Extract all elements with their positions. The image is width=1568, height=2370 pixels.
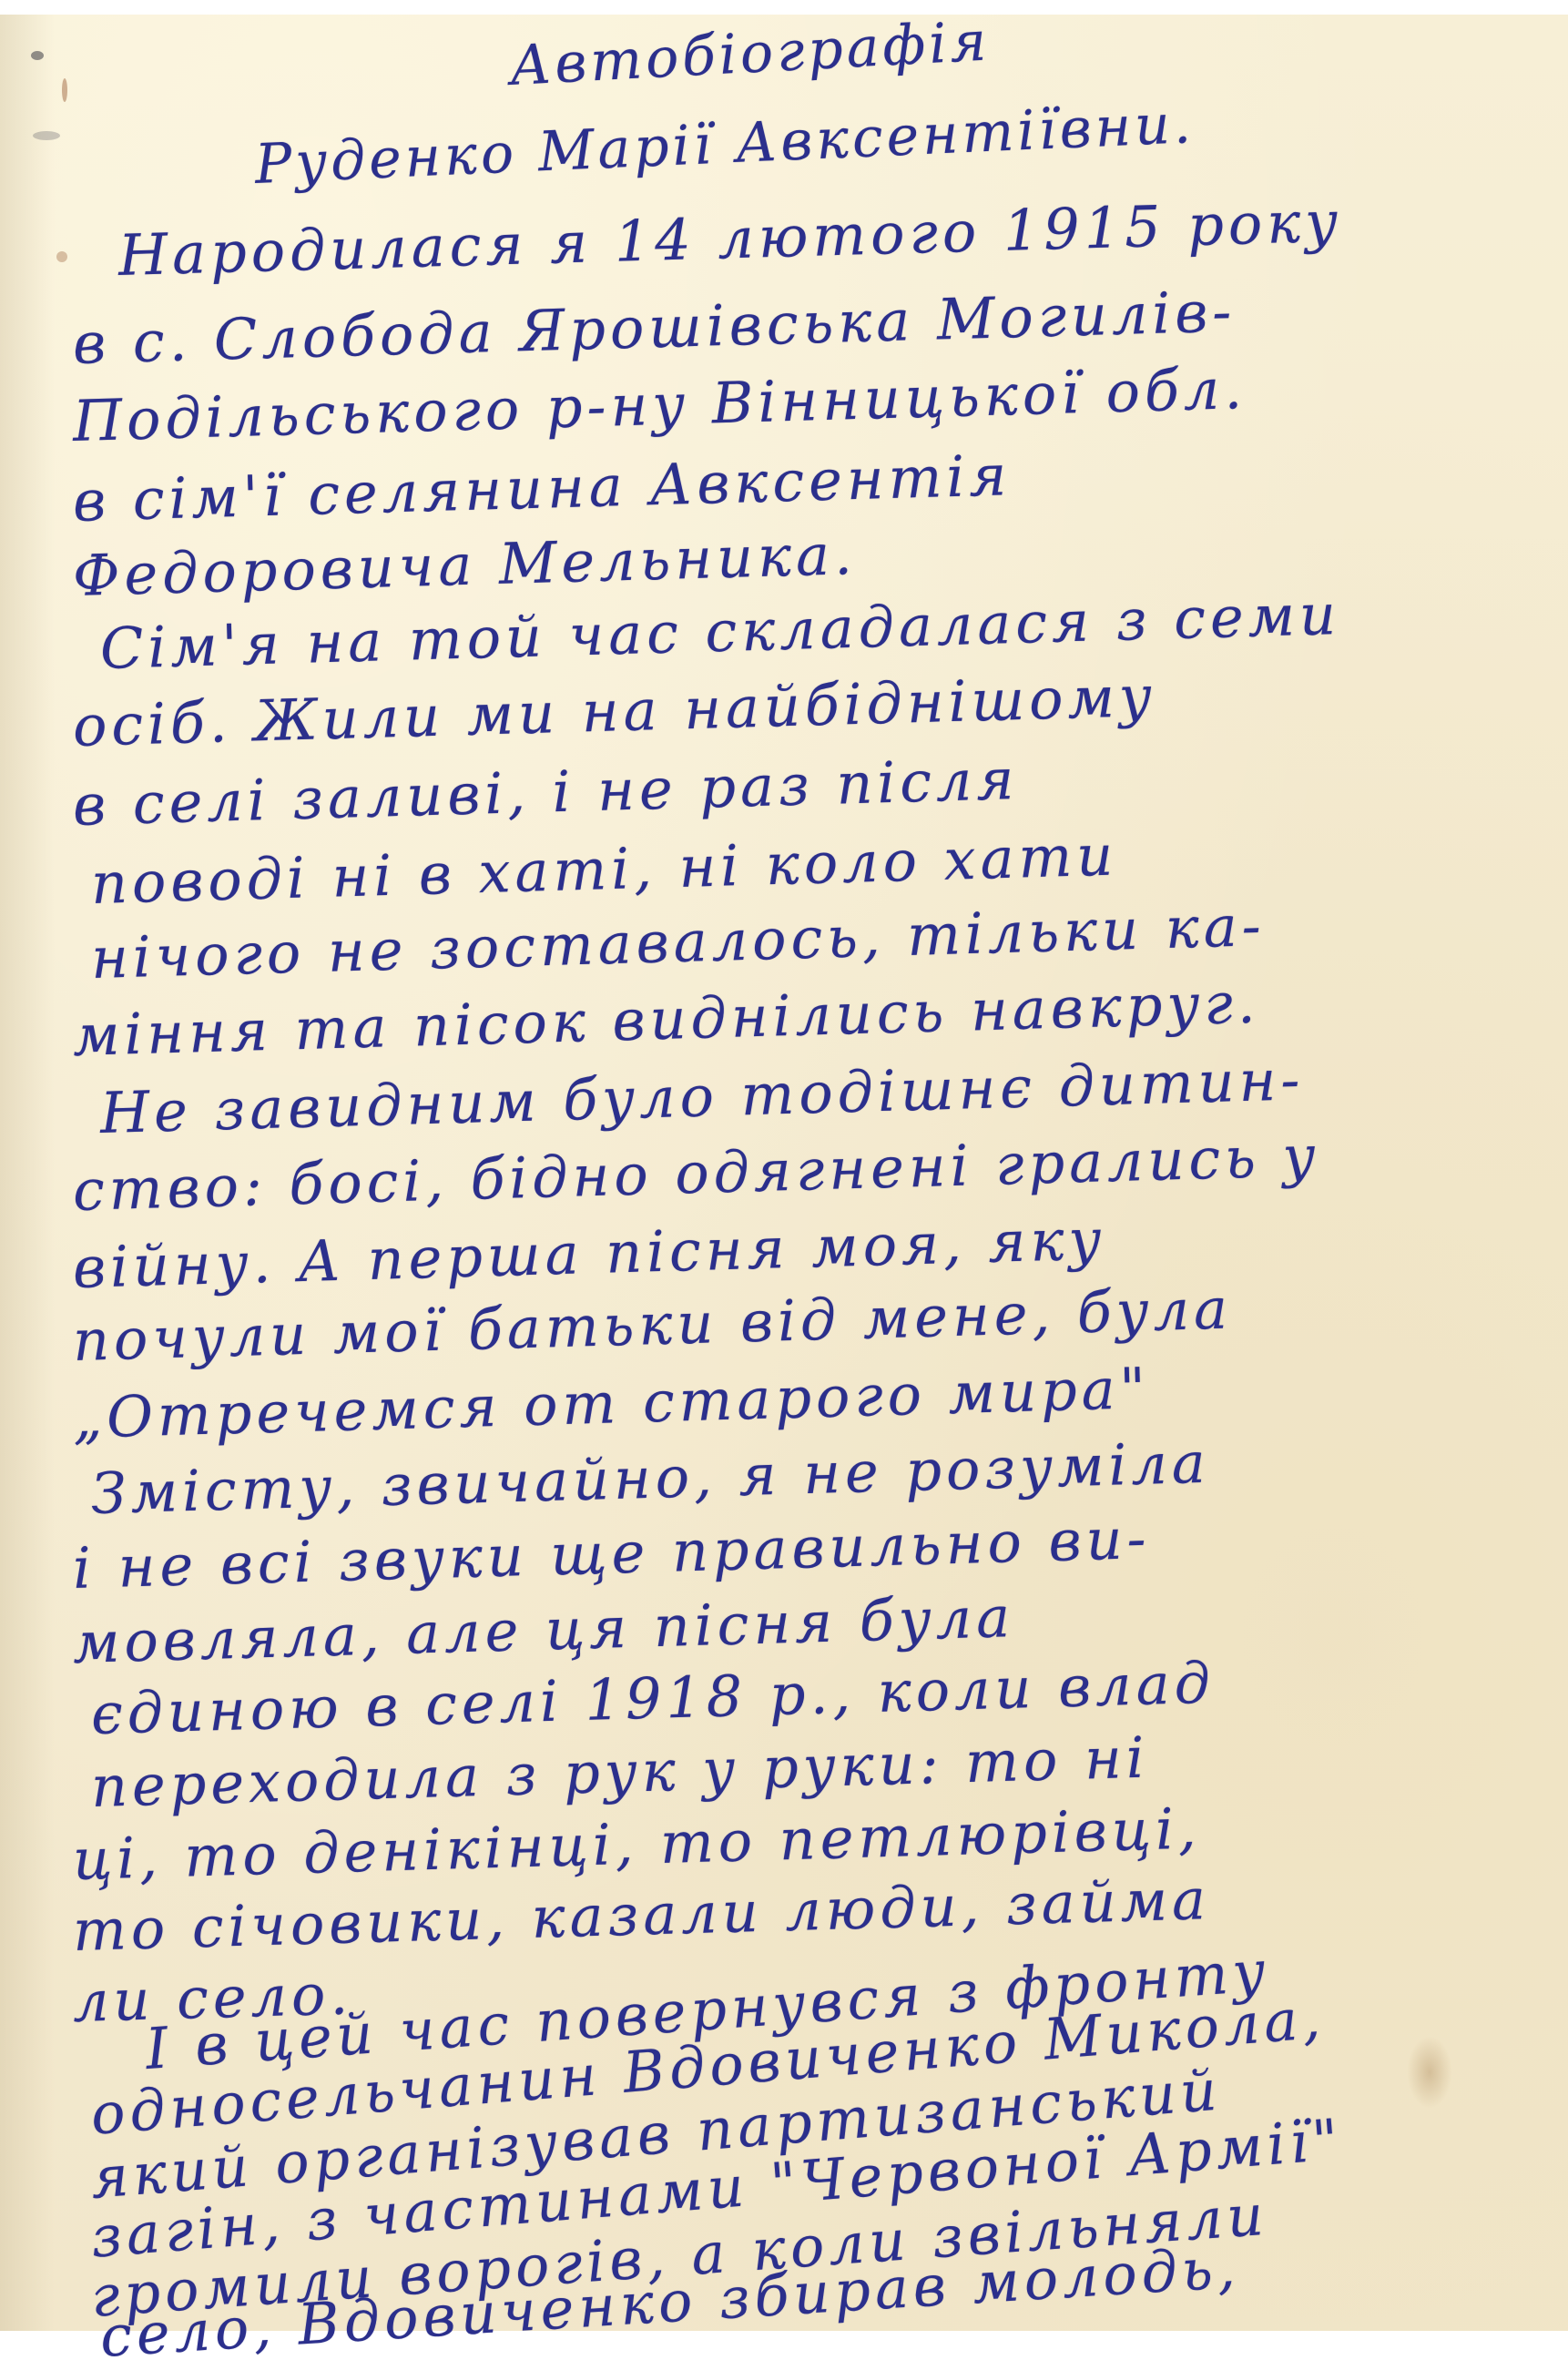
rust-spot-mark	[56, 251, 67, 262]
document-title: Автобіографія	[508, 15, 992, 98]
rust-mark	[62, 78, 67, 102]
paper-sheet: Автобіографія Руденко Марії Авксентіївни…	[0, 15, 1568, 2331]
binding-hole-mark	[31, 51, 44, 60]
text-line: Народилася я 14 лютого 1915 року	[117, 188, 1343, 289]
document-subtitle: Руденко Марії Авксентіївни.	[253, 92, 1196, 197]
ink-stain	[1407, 2036, 1452, 2109]
paper-edge-shadow	[0, 15, 55, 2331]
text-line: в сім'ї селянина Авксентія	[72, 442, 1012, 534]
staple-dent-mark	[33, 131, 60, 140]
text-line: в селі заливі, і не раз після	[72, 746, 1019, 839]
text-line: Федоровича Мельника.	[72, 521, 858, 609]
